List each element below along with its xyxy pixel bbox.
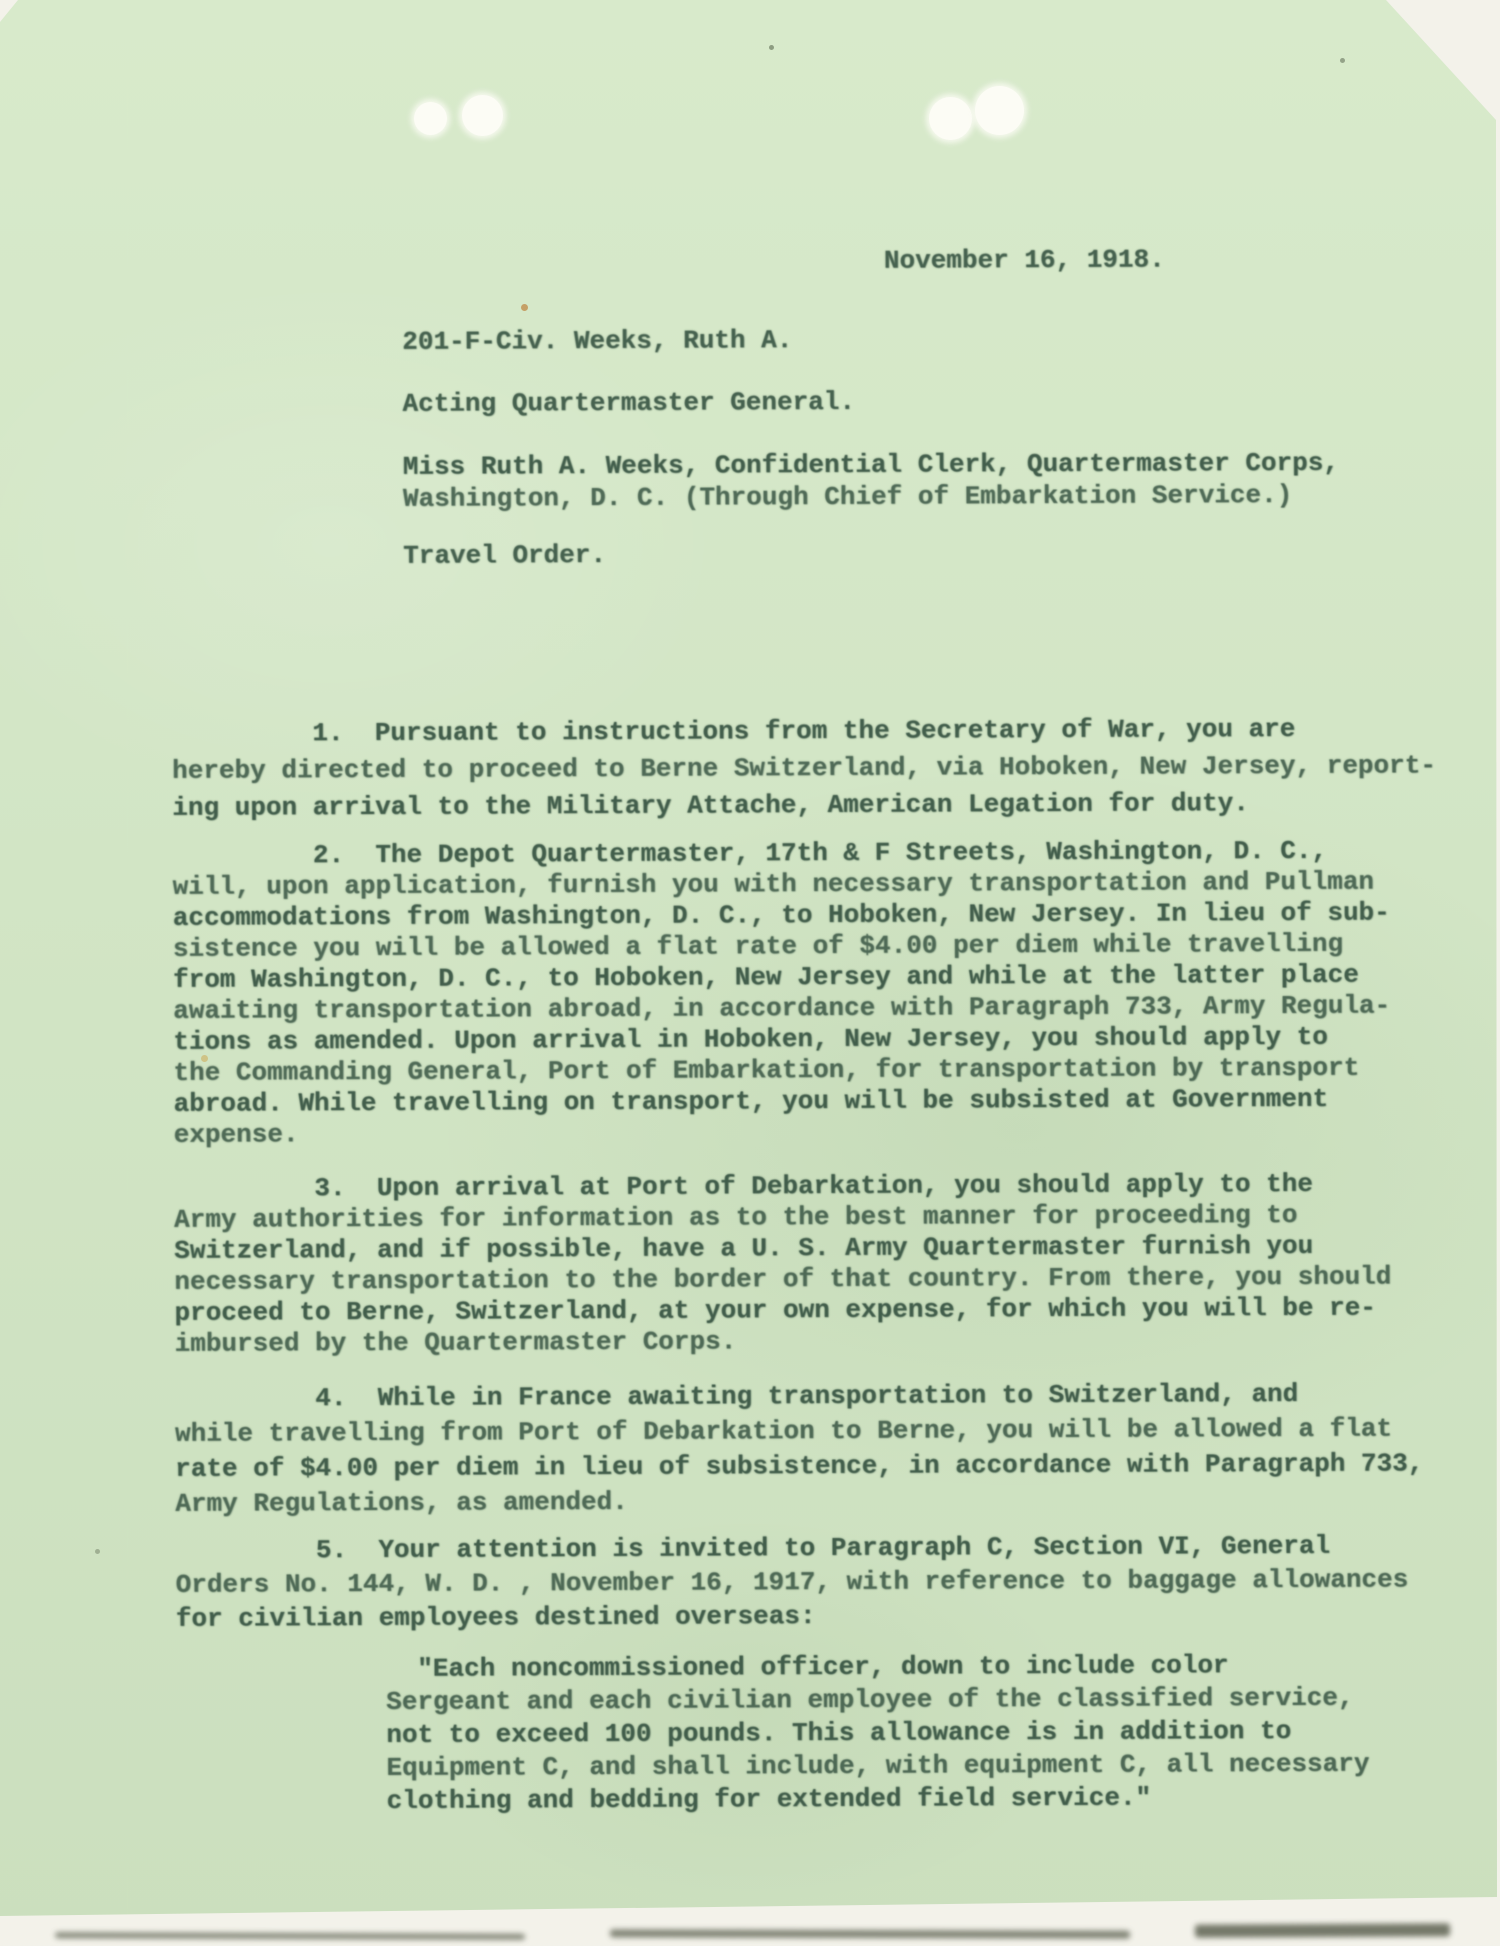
paragraph-1: 1. Pursuant to instructions from the Sec… xyxy=(172,710,1436,827)
document-line: Washington, D. C. (Through Chief of Emba… xyxy=(403,479,1339,515)
document-line: ing upon arrival to the Military Attache… xyxy=(172,784,1436,827)
quoted-regulation: "Each noncommissioned officer, down to i… xyxy=(386,1649,1370,1818)
document-scan: November 16, 1918. 201-F-Civ. Weeks, Rut… xyxy=(0,0,1500,1946)
document-line: imbursed by the Quartermaster Corps. xyxy=(175,1324,1392,1360)
document-line: Army Regulations, as amended. xyxy=(175,1481,1423,1521)
document-line: while travelling from Port of Debarkatio… xyxy=(175,1411,1423,1451)
paragraph-4: 4. While in France awaiting transportati… xyxy=(175,1376,1424,1521)
document-line: not to exceed 100 pounds. This allowance… xyxy=(386,1715,1369,1752)
file-reference-line: 201-F-Civ. Weeks, Ruth A. xyxy=(402,325,792,358)
paragraph-2: 2. The Depot Quartermaster, 17th & F Str… xyxy=(172,836,1390,1151)
document-line: Equipment C, and shall include, with equ… xyxy=(386,1748,1369,1785)
sender-line: Acting Quartermaster General. xyxy=(402,387,855,420)
document-line: clothing and bedding for extended field … xyxy=(387,1781,1370,1818)
paragraph-5: 5. Your attention is invited to Paragrap… xyxy=(175,1528,1408,1635)
letter-content: November 16, 1918. 201-F-Civ. Weeks, Rut… xyxy=(0,0,1500,1946)
subject-line: Travel Order. xyxy=(403,540,606,572)
document-line: rate of $4.00 per diem in lieu of subsis… xyxy=(175,1446,1423,1486)
document-line: 5. Your attention is invited to Paragrap… xyxy=(175,1528,1408,1567)
document-line: Orders No. 144, W. D. , November 16, 191… xyxy=(176,1562,1409,1601)
document-line: "Each noncommissioned officer, down to i… xyxy=(386,1649,1369,1686)
paragraph-3: 3. Upon arrival at Port of Debarkation, … xyxy=(174,1169,1392,1360)
document-line: Miss Ruth A. Weeks, Confidential Clerk, … xyxy=(403,447,1339,483)
document-line: expense. xyxy=(174,1115,1391,1151)
date-line: November 16, 1918. xyxy=(884,245,1165,277)
document-line: 4. While in France awaiting transportati… xyxy=(175,1376,1423,1416)
document-line: for civilian employees destined overseas… xyxy=(176,1596,1409,1635)
document-line: hereby directed to proceed to Berne Swit… xyxy=(172,747,1436,790)
recipient-block: Miss Ruth A. Weeks, Confidential Clerk, … xyxy=(403,447,1339,515)
document-line: 1. Pursuant to instructions from the Sec… xyxy=(172,710,1436,753)
document-line: Sergeant and each civilian employee of t… xyxy=(386,1682,1369,1719)
